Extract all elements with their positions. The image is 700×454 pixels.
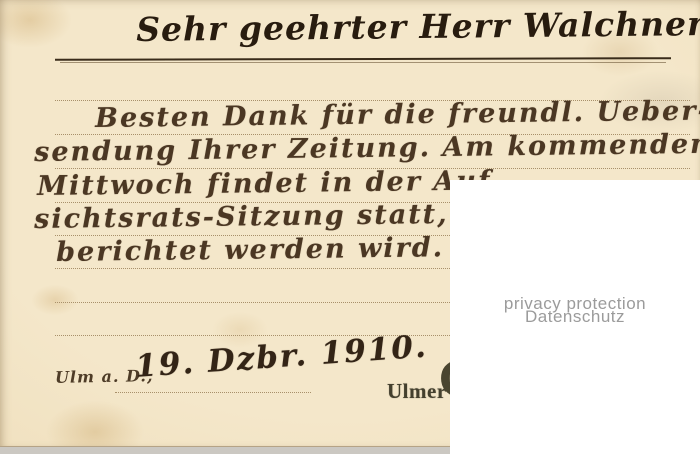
dateline-dotted-line — [115, 392, 311, 393]
salutation-underline — [55, 57, 671, 61]
handwritten-line: berichtet werden wird. — [56, 232, 444, 268]
salutation-text: Sehr geehrter Herr Walchner! — [136, 4, 700, 49]
privacy-overlay: privacy protection Datenschutz — [450, 180, 700, 454]
privacy-overlay-text-de: Datenschutz — [525, 310, 625, 323]
salutation-underline-echo — [60, 62, 666, 63]
handwritten-line: Mittwoch findet in der Auf — [37, 165, 492, 202]
handwritten-line: sichtsrats-Sitzung statt, üb — [34, 198, 503, 235]
handwritten-line: Besten Dank für die freundl. Ueber- — [95, 95, 700, 134]
postcard-scan: Sehr geehrter Herr Walchner! Besten Dank… — [0, 0, 700, 454]
dateline-date: 19. Dzbr. 1910. — [134, 329, 429, 385]
